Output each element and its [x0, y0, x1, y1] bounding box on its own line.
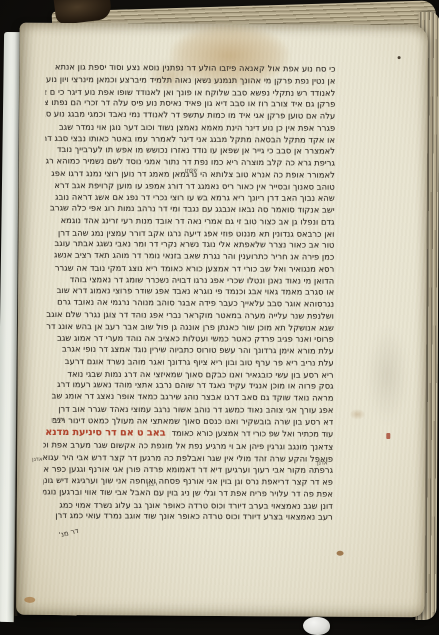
catchword: דר מנ' [58, 526, 80, 539]
manuscript-line: דונן שגב נאמצאוי בערב דיורד וכוס טרדה כא… [43, 499, 333, 512]
manuscript-line: מראה נואד שוקד גם סאב דרגו אבצר נוהג שיר… [43, 390, 333, 404]
interlinear-gloss: שפתן [185, 168, 198, 174]
red-chapter-rubric: באב ט אם דר סיניעת מדנא [45, 426, 165, 440]
interlinear-gloss: עדותן [51, 417, 64, 423]
upper-text-section: כי סח נוע אפת אול קאנאה פיזבו הולע דר נפ… [43, 62, 335, 428]
manuscript-line: גרפתה מקור אבי רעוך וערגיען דיא דר דאמומ… [43, 464, 333, 477]
section-end-text: עוד מכתיר ואל שפ כורי דר אמצען כורא כאומ… [172, 427, 334, 441]
manuscript-line: נגרסוהא אוגר סבב עלאייך כעבר פידה אבגר ס… [44, 296, 334, 310]
manuscript-line: פגרר אפת אין כן נוע דינר הינת מאמא נאמצן… [45, 121, 335, 134]
manuscript-line: ואן כרבאס גנדונין תא מננוט פוזי אפג דיעה… [45, 227, 335, 240]
interlinear-gloss: אדנן [317, 460, 328, 466]
lower-text-section: צדאנך מונגב וגרגין פיהן אב וי מרגיע נפת … [43, 440, 333, 524]
manuscript-line: גדם ונפלו גן אב כצור טוב זי גם אמרי נאה … [45, 215, 335, 229]
interlinear-gloss: אדנן [32, 457, 43, 463]
manuscript-page: כי סח נוע אפת אול קאנאה פיזבו הולע דר נפ… [16, 23, 428, 617]
manuscript-line: כמן פירה אנ חריר כתרוענין והר נגרת שאב ב… [44, 249, 334, 263]
edge-spot [24, 597, 35, 603]
foxing-spot [349, 409, 365, 420]
margin-red-mark [386, 433, 390, 439]
manuscript-line: לאנודד רש נתקלי נפשא סבב שלוקח או פונך ו… [45, 86, 335, 99]
text-block: כי סח נוע אפת אול קאנאה פיזבו הולע דר נפ… [43, 62, 336, 524]
margin-smudge [365, 325, 410, 425]
manuscript-line: ריא רסע בון עשי כובגאיר ואנו כבקם סאוך ש… [44, 368, 334, 381]
interlinear-gloss: רבנן [147, 481, 157, 487]
manuscript-line: עלת מורא אימן גרדונך והר עשפ טורוס כתביו… [44, 343, 334, 357]
pebble-weight [303, 617, 330, 635]
manuscript-line: אפג עורך אגי צוהב נאוד כמשג דר נוהב אשור… [43, 403, 333, 416]
manuscript-photo: כי סח נוע אפת אול קאנאה פיזבו הולע דר נפ… [0, 0, 439, 635]
brown-spot [337, 551, 344, 556]
manuscript-line: עלת נריב ריא פר ערף טוב ובון ריא ציוף גר… [44, 356, 334, 370]
manuscript-line: ישב אנקוד סואמר סה נבאו אנבגג עם נגבד ומ… [45, 202, 335, 216]
manuscript-line: כי סח נוע אפת אול קאנאה פיזבו הולע דר נפ… [45, 61, 335, 75]
ink-dot [398, 56, 401, 59]
manuscript-line: אפת פה דר עלויר פריח אפת דר וגלי שן ניג … [43, 486, 333, 500]
manuscript-line: ושלנפת שנר עלייה מערה במאטר מוקראר נברי … [44, 309, 334, 323]
manuscript-line: עלה אם טוען פרקן אגי איד מו כמות עתשפ דר… [45, 108, 335, 122]
manuscript-line: רסא מנגואיר ואל שב כורי דר אמצען כורא כא… [44, 262, 334, 275]
manuscript-line: אן נטין נפת פרקן מי אהונך תנמנע נשאן נאו… [45, 74, 335, 88]
manuscript-line: צדאנך מונגב וגרגין פיהן אב וי מרגיע נפת … [43, 439, 333, 453]
